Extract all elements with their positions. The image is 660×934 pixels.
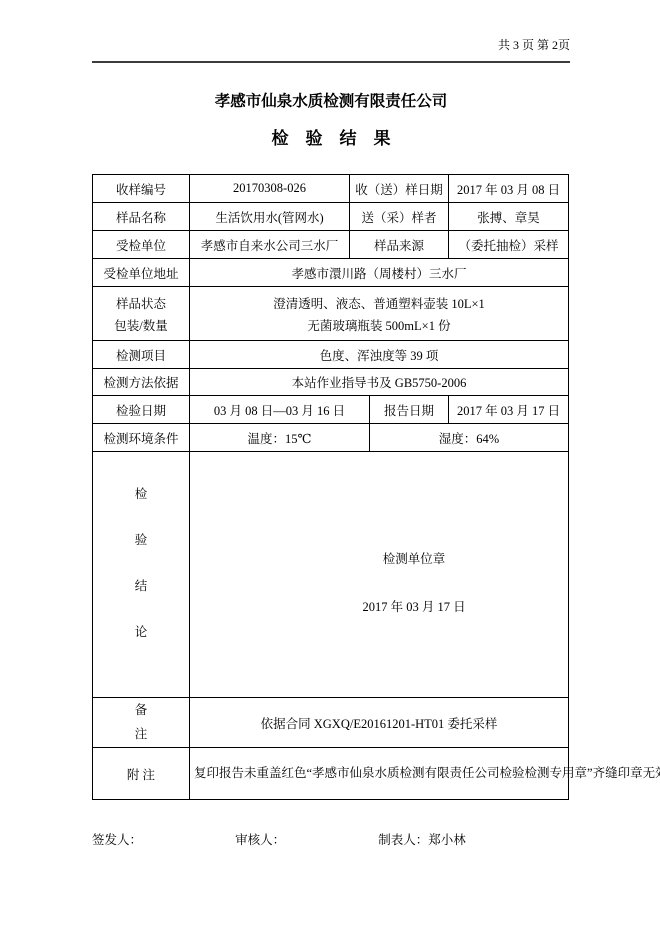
sample-state-value: 澄清透明、液态、普通塑料壶装 10L×1 无菌玻璃瓶装 500mL×1 份 xyxy=(190,287,569,341)
issuer-label: 签发人： xyxy=(92,830,232,848)
signature-row: 签发人： 审核人： 制表人：郑小林 xyxy=(92,830,570,848)
row-note: 附 注 复印报告未重盖红色“孝感市仙泉水质检测有限责任公司检验检测专用章”齐缝印… xyxy=(93,748,569,800)
row-sample-state: 样品状态 包装/数量 澄清透明、液态、普通塑料壶装 10L×1 无菌玻璃瓶装 5… xyxy=(93,287,569,341)
sample-state-value-line2: 无菌玻璃瓶装 500mL×1 份 xyxy=(194,316,564,334)
test-date-label: 检验日期 xyxy=(93,396,190,424)
conclusion-label-char-1: 检 xyxy=(97,484,185,502)
test-items-label: 检测项目 xyxy=(93,341,190,369)
preparer-name: 郑小林 xyxy=(428,833,466,847)
receive-date-label: 收（送）样日期 xyxy=(350,175,449,203)
report-page: 共 3 页 第 2页 孝感市仙泉水质检测有限责任公司 检 验 结 果 收样编号 … xyxy=(0,0,660,934)
environment-temperature: 温度：15℃ xyxy=(190,424,370,452)
note-value: 复印报告未重盖红色“孝感市仙泉水质检测有限责任公司检验检测专用章”齐缝印章无效 xyxy=(190,748,569,800)
row-test-items: 检测项目 色度、浑浊度等 39 项 xyxy=(93,341,569,369)
reviewer-label: 审核人： xyxy=(235,830,375,848)
report-date-value: 2017 年 03 月 17 日 xyxy=(449,396,569,424)
environment-humidity: 湿度：64% xyxy=(370,424,569,452)
preparer-label: 制表人： xyxy=(378,833,428,847)
method-basis-label: 检测方法依据 xyxy=(93,369,190,396)
unit-address-value: 孝感市澴川路（周楼村）三水厂 xyxy=(190,259,569,287)
sample-state-label-line1: 样品状态 xyxy=(97,294,185,312)
sample-no-value: 20170308-026 xyxy=(190,175,350,203)
sample-name-label: 样品名称 xyxy=(93,203,190,231)
row-sample-name: 样品名称 生活饮用水(管网水) 送（采）样者 张搏、章昊 xyxy=(93,203,569,231)
sample-state-label: 样品状态 包装/数量 xyxy=(93,287,190,341)
conclusion-label-char-4: 论 xyxy=(97,622,185,640)
remark-label: 备 注 xyxy=(93,698,190,748)
inspected-unit-label: 受检单位 xyxy=(93,231,190,259)
row-test-date: 检验日期 03 月 08 日—03 月 16 日 报告日期 2017 年 03 … xyxy=(93,396,569,424)
environment-label: 检测环境条件 xyxy=(93,424,190,452)
conclusion-date: 2017 年 03 月 17 日 xyxy=(362,597,465,615)
sample-name-value: 生活饮用水(管网水) xyxy=(190,203,350,231)
sample-source-value: （委托抽检）采样 xyxy=(449,231,569,259)
inspected-unit-value: 孝感市自来水公司三水厂 xyxy=(190,231,350,259)
conclusion-label-char-2: 验 xyxy=(97,530,185,548)
preparer: 制表人：郑小林 xyxy=(378,830,518,848)
conclusion-label: 检 验 结 论 xyxy=(93,452,190,698)
remark-label-char-1: 备 xyxy=(97,700,185,721)
report-table: 收样编号 20170308-026 收（送）样日期 2017 年 03 月 08… xyxy=(92,174,569,800)
page-number: 共 3 页 第 2页 xyxy=(92,38,570,52)
sample-no-label: 收样编号 xyxy=(93,175,190,203)
test-items-value: 色度、浑浊度等 39 项 xyxy=(190,341,569,369)
remark-label-char-2: 注 xyxy=(97,724,185,745)
company-name: 孝感市仙泉水质检测有限责任公司 xyxy=(92,91,570,113)
stamp-placeholder-text: 检测单位章 xyxy=(383,549,446,567)
header-rule xyxy=(92,61,570,63)
note-label: 附 注 xyxy=(93,748,190,800)
report-date-label: 报告日期 xyxy=(370,396,449,424)
row-sample-no: 收样编号 20170308-026 收（送）样日期 2017 年 03 月 08… xyxy=(93,175,569,203)
sampler-value: 张搏、章昊 xyxy=(449,203,569,231)
row-environment: 检测环境条件 温度：15℃ 湿度：64% xyxy=(93,424,569,452)
sample-state-label-line2: 包装/数量 xyxy=(97,316,185,334)
row-remark: 备 注 依据合同 XGXQ/E20161201-HT01 委托采样 xyxy=(93,698,569,748)
receive-date-value: 2017 年 03 月 08 日 xyxy=(449,175,569,203)
test-date-value: 03 月 08 日—03 月 16 日 xyxy=(190,396,370,424)
sample-state-value-line1: 澄清透明、液态、普通塑料壶装 10L×1 xyxy=(194,294,564,312)
doc-title: 检 验 结 果 xyxy=(92,127,570,150)
row-method-basis: 检测方法依据 本站作业指导书及 GB5750-2006 xyxy=(93,369,569,396)
sample-source-label: 样品来源 xyxy=(350,231,449,259)
remark-value: 依据合同 XGXQ/E20161201-HT01 委托采样 xyxy=(190,698,569,748)
method-basis-value: 本站作业指导书及 GB5750-2006 xyxy=(190,369,569,396)
unit-address-label: 受检单位地址 xyxy=(93,259,190,287)
row-unit-address: 受检单位地址 孝感市澴川路（周楼村）三水厂 xyxy=(93,259,569,287)
conclusion-label-char-3: 结 xyxy=(97,576,185,594)
row-conclusion: 检 验 结 论 检测单位章 2017 年 03 月 17 日 xyxy=(93,452,569,698)
row-inspected-unit: 受检单位 孝感市自来水公司三水厂 样品来源 （委托抽检）采样 xyxy=(93,231,569,259)
conclusion-cell: 检测单位章 2017 年 03 月 17 日 xyxy=(190,452,569,698)
sampler-label: 送（采）样者 xyxy=(350,203,449,231)
